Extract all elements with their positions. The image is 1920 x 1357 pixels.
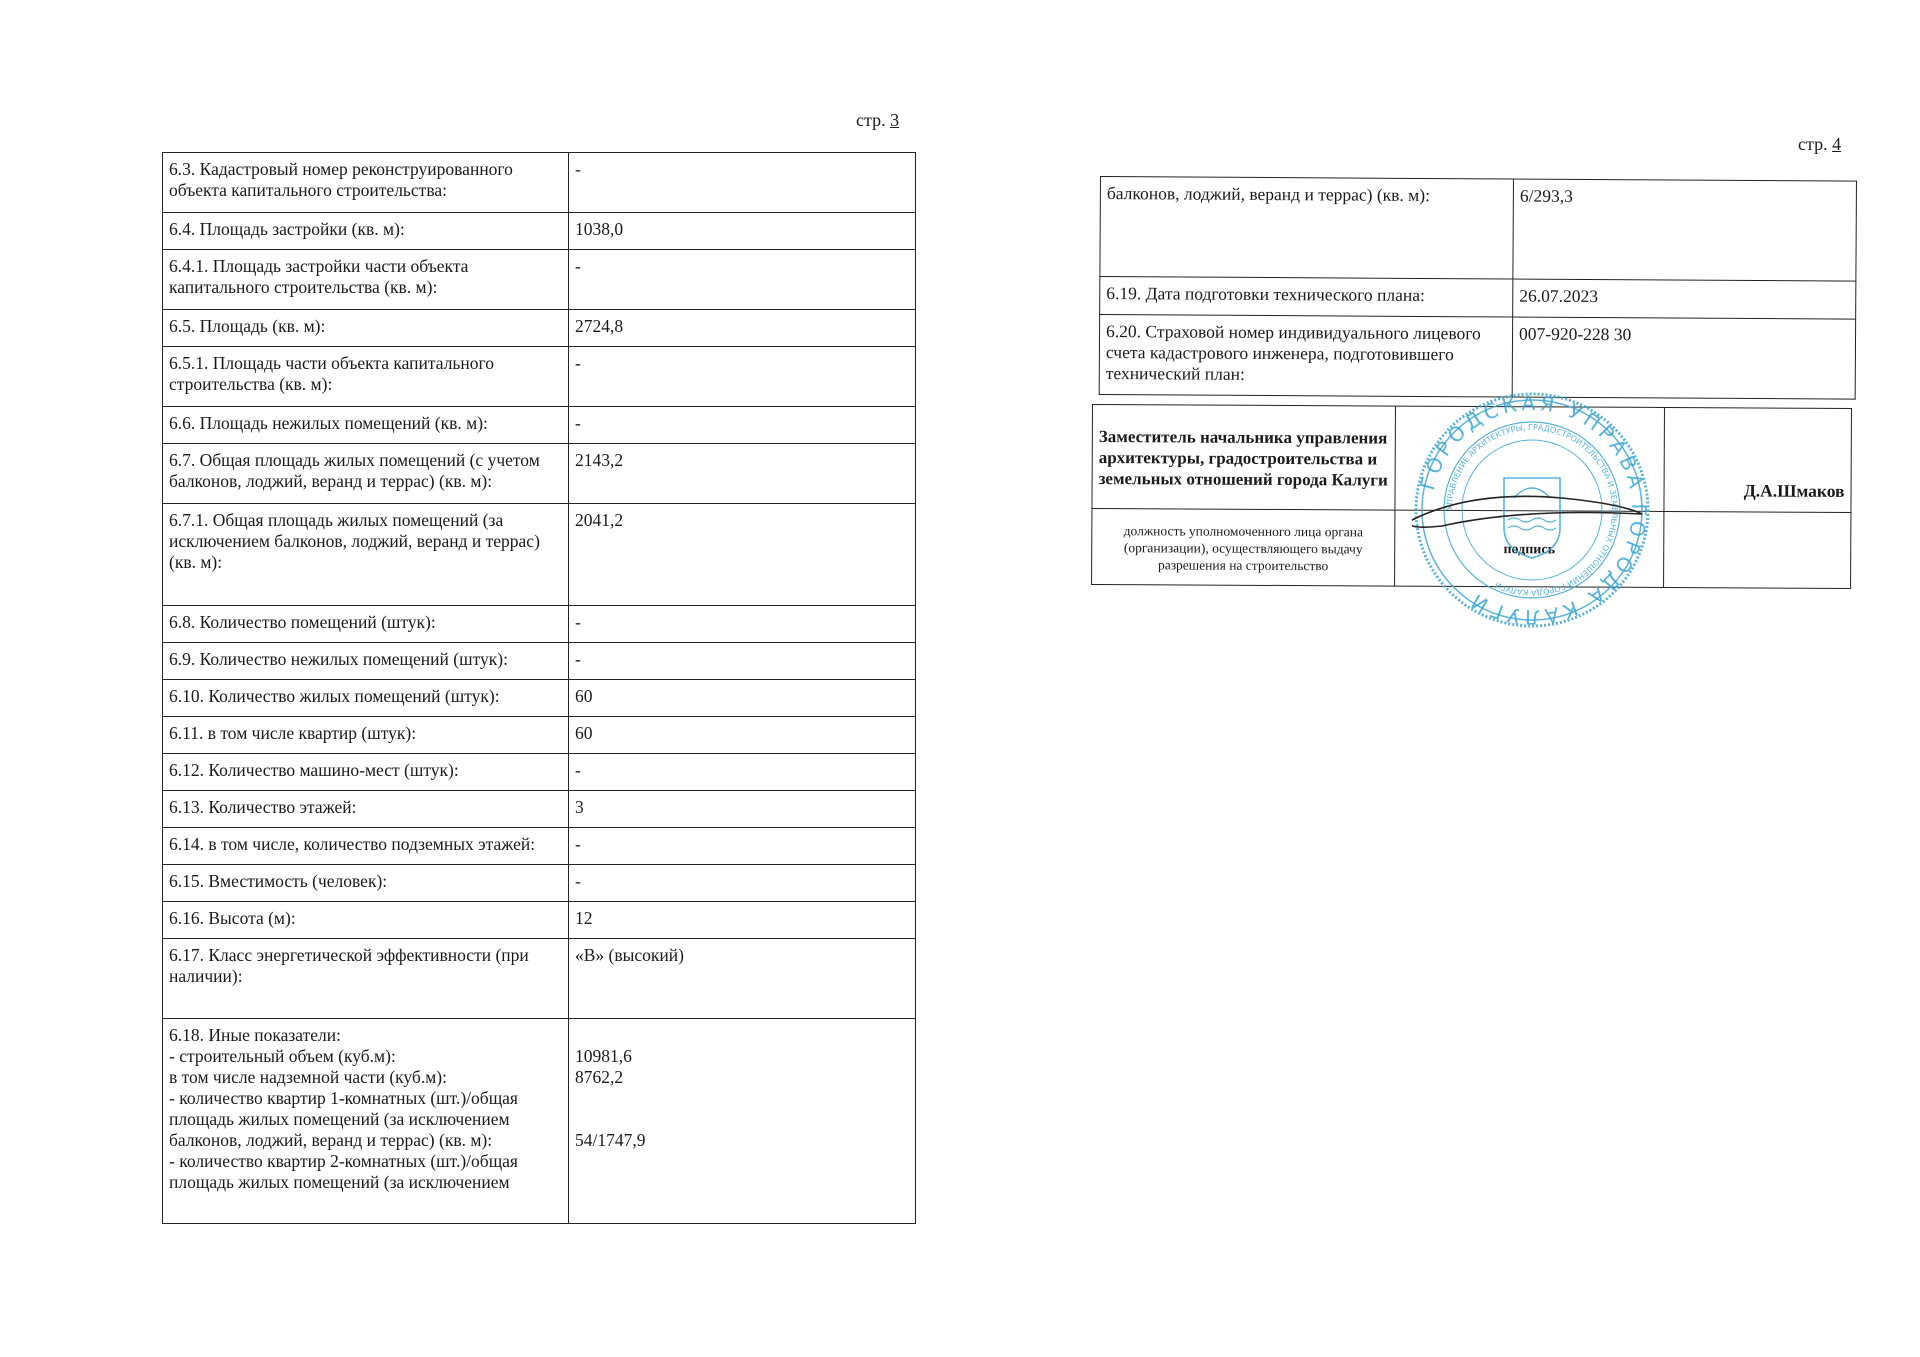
row-value: «В» (высокий) — [569, 939, 916, 1019]
table-row: 6.5.1. Площадь части объекта капитальног… — [163, 347, 916, 407]
table-row: 6.10. Количество жилых помещений (штук):… — [163, 680, 916, 717]
official-position: Заместитель начальника управления архите… — [1092, 405, 1396, 511]
table-row: 6.17. Класс энергетической эффективности… — [163, 939, 916, 1019]
table-row: 6.8. Количество помещений (штук):- — [163, 606, 916, 643]
empty-cell — [1664, 511, 1851, 588]
row-value: 12 — [569, 902, 916, 939]
table-row: 6.6. Площадь нежилых помещений (кв. м):- — [163, 407, 916, 444]
row-label: 6.8. Количество помещений (штук): — [163, 606, 569, 643]
row-label: 6.4. Площадь застройки (кв. м): — [163, 213, 569, 250]
row-label: 6.14. в том числе, количество подземных … — [163, 828, 569, 865]
table-row: 6.16. Высота (м):12 — [163, 902, 916, 939]
row-value: 10981,6 8762,2 54/1747,9 — [569, 1019, 916, 1224]
page-number-4: стр. 4 — [1798, 134, 1841, 155]
row-value: 60 — [569, 717, 916, 754]
page-number-value: 3 — [890, 110, 899, 130]
row-label: 6.4.1. Площадь застройки части объекта к… — [163, 250, 569, 310]
characteristics-table-page-4: балконов, лоджий, веранд и террас) (кв. … — [1099, 176, 1857, 400]
table-row: 6.13. Количество этажей:3 — [163, 791, 916, 828]
table-row: 6.12. Количество машино-мест (штук):- — [163, 754, 916, 791]
table-row: 6.18. Иные показатели: - строительный об… — [163, 1019, 916, 1224]
page-number-value: 4 — [1832, 134, 1841, 154]
row-value: 1038,0 — [569, 213, 916, 250]
row-label: 6.13. Количество этажей: — [163, 791, 569, 828]
table-row: 6.4.1. Площадь застройки части объекта к… — [163, 250, 916, 310]
row-value: 2724,8 — [569, 310, 916, 347]
row-label: 6.3. Кадастровый номер реконструированно… — [163, 153, 569, 213]
table-row: 6.7.1. Общая площадь жилых помещений (за… — [163, 504, 916, 606]
row-value: 60 — [569, 680, 916, 717]
row-value: 6/293,3 — [1513, 179, 1857, 281]
row-label: 6.5. Площадь (кв. м): — [163, 310, 569, 347]
table-row: 6.4. Площадь застройки (кв. м):1038,0 — [163, 213, 916, 250]
row-value: - — [569, 250, 916, 310]
row-label: 6.15. Вместимость (человек): — [163, 865, 569, 902]
row-label: 6.6. Площадь нежилых помещений (кв. м): — [163, 407, 569, 444]
characteristics-table-page-3: 6.3. Кадастровый номер реконструированно… — [162, 152, 916, 1224]
table-row: 6.7. Общая площадь жилых помещений (с уч… — [163, 444, 916, 504]
row-label: балконов, лоджий, веранд и террас) (кв. … — [1100, 177, 1514, 280]
signature-caption: подпись — [1395, 510, 1664, 587]
row-value: - — [569, 828, 916, 865]
row-value: 2143,2 — [569, 444, 916, 504]
row-value: - — [569, 407, 916, 444]
row-label: 6.16. Высота (м): — [163, 902, 569, 939]
row-value: - — [569, 347, 916, 407]
signature-field — [1395, 406, 1665, 511]
row-value: - — [569, 606, 916, 643]
row-label: 6.19. Дата подготовки технического плана… — [1100, 277, 1513, 318]
row-label: 6.18. Иные показатели: - строительный об… — [163, 1019, 569, 1224]
row-value: 007-920-228 30 — [1512, 317, 1855, 399]
row-label: 6.11. в том числе квартир (штук): — [163, 717, 569, 754]
page-label: стр. — [1798, 134, 1828, 154]
row-value: 3 — [569, 791, 916, 828]
row-label: 6.20. Страховой номер индивидуального ли… — [1099, 315, 1512, 398]
row-label: 6.7. Общая площадь жилых помещений (с уч… — [163, 444, 569, 504]
table-row: 6.20. Страховой номер индивидуального ли… — [1099, 315, 1855, 400]
row-value: 26.07.2023 — [1513, 279, 1856, 319]
row-label: 6.5.1. Площадь части объекта капитальног… — [163, 347, 569, 407]
table-row: 6.15. Вместимость (человек):- — [163, 865, 916, 902]
table-row: 6.14. в том числе, количество подземных … — [163, 828, 916, 865]
row-value: 2041,2 — [569, 504, 916, 606]
row-label: 6.9. Количество нежилых помещений (штук)… — [163, 643, 569, 680]
table-row: 6.3. Кадастровый номер реконструированно… — [163, 153, 916, 213]
table-row: 6.9. Количество нежилых помещений (штук)… — [163, 643, 916, 680]
signature-block: Заместитель начальника управления архите… — [1091, 404, 1852, 589]
row-value: - — [569, 153, 916, 213]
official-name: Д.А.Шмаков — [1664, 407, 1852, 512]
row-label: 6.17. Класс энергетической эффективности… — [163, 939, 569, 1019]
row-label: 6.7.1. Общая площадь жилых помещений (за… — [163, 504, 569, 606]
table-row: 6.19. Дата подготовки технического плана… — [1100, 277, 1856, 320]
row-label: 6.12. Количество машино-мест (штук): — [163, 754, 569, 791]
page-label: стр. — [856, 110, 886, 130]
position-caption: должность уполномоченного лица органа (о… — [1092, 509, 1395, 587]
table-row: 6.5. Площадь (кв. м):2724,8 — [163, 310, 916, 347]
table-row: 6.11. в том числе квартир (штук):60 — [163, 717, 916, 754]
row-label: 6.10. Количество жилых помещений (штук): — [163, 680, 569, 717]
row-value: - — [569, 865, 916, 902]
table-row: балконов, лоджий, веранд и террас) (кв. … — [1100, 177, 1857, 282]
row-value: - — [569, 754, 916, 791]
page-number-3: стр. 3 — [856, 110, 899, 131]
row-value: - — [569, 643, 916, 680]
